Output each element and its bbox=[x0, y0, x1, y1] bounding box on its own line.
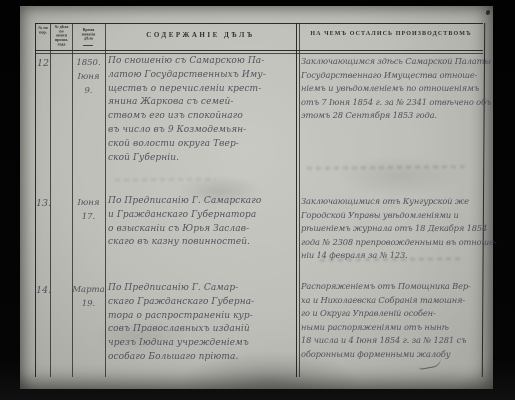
column-divider-3 bbox=[105, 23, 106, 377]
header-number-column: № по пор. bbox=[37, 26, 49, 35]
page-corner-mark bbox=[485, 9, 490, 15]
entry-date: 1850. Іюня 9. bbox=[72, 56, 105, 98]
header-resolution-column: НА ЧЕМЪ ОСТАЛИСЬ ПРОИЗВОДСТВОМЪ bbox=[299, 31, 483, 37]
entry-content: По сношенію съ Самарскою Па- латою Госуд… bbox=[108, 55, 295, 165]
center-divider-line-2 bbox=[299, 23, 300, 377]
entry-resolution: Заключающимся здѣсь Самарской Палаты Гос… bbox=[301, 55, 482, 123]
table-right-border bbox=[482, 23, 485, 377]
header-content-column: СОДЕРЖАНІЕ ДѢЛЪ bbox=[105, 31, 296, 39]
entry-content: По Предписанію Г. Самарскаго и Гражданск… bbox=[108, 195, 295, 250]
ink-bleedthrough bbox=[115, 177, 215, 181]
table-top-border bbox=[35, 23, 483, 24]
entry-number: 13. bbox=[36, 198, 51, 209]
entry-number: 14. bbox=[36, 285, 51, 296]
center-divider-line-1 bbox=[296, 23, 297, 377]
entry-date: Іюня 17. bbox=[72, 196, 105, 224]
entry-number: 12. bbox=[37, 58, 52, 69]
header-date-column: Время начатія дѣла bbox=[78, 28, 99, 41]
ledger-page: № по пор. № дѣла по описи прошл. года Вр… bbox=[20, 6, 493, 389]
entry-resolution: Распоряженіемъ отъ Помощника Вер- ха и Н… bbox=[301, 280, 482, 362]
header-separator-line-2 bbox=[35, 53, 483, 54]
entry-content: По Предписанію Г. Самар- скаго Гражданск… bbox=[108, 282, 295, 365]
header-separator-line-1 bbox=[35, 50, 483, 51]
scanned-document-view: № по пор. № дѣла по описи прошл. года Вр… bbox=[0, 0, 515, 400]
entry-date: Марта 19. bbox=[72, 283, 105, 311]
header-date-underline bbox=[83, 45, 93, 46]
header-prev-number-column: № дѣла по описи прошл. года bbox=[54, 25, 70, 47]
ink-bleedthrough bbox=[307, 165, 467, 170]
entry-resolution: Заключающимися отъ Кунгурской же Городск… bbox=[301, 195, 482, 263]
